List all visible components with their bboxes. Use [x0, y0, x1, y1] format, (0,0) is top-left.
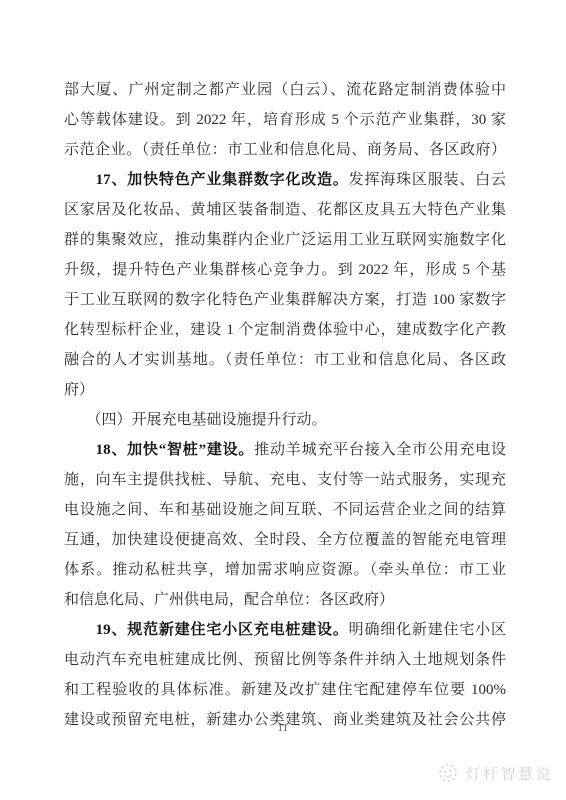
paragraph: 18、加快“智桩”建设。推动羊城充平台接入全市公用充电设施，向车主提供找桩、导航… [64, 435, 506, 615]
heading-run: 17、加快特色产业集群数字化改造。 [96, 172, 349, 188]
text-run [64, 442, 96, 458]
text-run: 心等载体建设。到 2022 年，培育形成 5 个示范产业集群，30 家 [64, 112, 506, 128]
text-line: 19、规范新建住宅小区充电桩建设。明确细化新建住宅小区 [64, 615, 506, 645]
text-line: 电设施之间、车和基础设施之间互联、不同运营企业之间的结算 [64, 495, 506, 525]
text-line: 融合的人才实训基地。（责任单位：市工业和信息化局、各区政 [64, 345, 506, 375]
text-line: 部大厦、广州定制之都产业园（白云）、流花路定制消费体验中 [64, 75, 506, 105]
text-line: 于工业互联网的数字化特色产业集群解决方案，打造 100 家数字 [64, 285, 506, 315]
text-line: （四）开展充电基础设施提升行动。 [64, 405, 506, 435]
text-run: 施，向车主提供找桩、导航、充电、支付等一站式服务，实现充 [64, 472, 506, 488]
paragraph: 部大厦、广州定制之都产业园（白云）、流花路定制消费体验中心等载体建设。到 202… [64, 75, 506, 165]
text-line: 施，向车主提供找桩、导航、充电、支付等一站式服务，实现充 [64, 465, 506, 495]
heading-run: 18、加快“智桩”建设。 [96, 442, 255, 458]
text-run: 电设施之间、车和基础设施之间互联、不同运营企业之间的结算 [64, 502, 506, 518]
text-run: 电动汽车充电桩建成比例、预留比例等条件并纳入土地规划条件 [64, 652, 506, 668]
text-run: 和工程验收的具体标准。新建及改扩建住宅配建停车位要 100% [64, 682, 506, 698]
text-line: 升级，提升特色产业集群核心竞争力。到 2022 年，形成 5 个基 [64, 255, 506, 285]
text-run: 融合的人才实训基地。（责任单位：市工业和信息化局、各区政 [64, 352, 506, 368]
text-line: 化转型标杆企业，建设 1 个定制消费体验中心，建成数字化产教 [64, 315, 506, 345]
text-run [64, 172, 96, 188]
text-line: 和工程验收的具体标准。新建及改扩建住宅配建停车位要 100% [64, 675, 506, 705]
text-line: 府） [64, 375, 506, 405]
paragraph: （四）开展充电基础设施提升行动。 [64, 405, 506, 435]
text-run [64, 622, 96, 638]
text-line: 和信息化局、广州供电局，配合单位：各区政府） [64, 585, 506, 615]
document-body: 部大厦、广州定制之都产业园（白云）、流花路定制消费体验中心等载体建设。到 202… [64, 75, 506, 735]
paragraph: 17、加快特色产业集群数字化改造。发挥海珠区服装、白云区家居及化妆品、黄埔区装备… [64, 165, 506, 405]
text-run: 示范企业。（责任单位：市工业和信息化局、商务局、各区政府） [64, 142, 506, 158]
watermark-label: 灯杆智慧说 [465, 763, 553, 784]
text-run: 发挥海珠区服装、白云 [349, 172, 506, 188]
text-line: 17、加快特色产业集群数字化改造。发挥海珠区服装、白云 [64, 165, 506, 195]
text-run: 群的集聚效应，推动集群内企业广泛运用工业互联网实施数字化 [64, 232, 506, 248]
text-run: 府） [64, 382, 94, 398]
text-run: 推动羊城充平台接入全市公用充电设 [254, 442, 506, 458]
text-run: （四）开展充电基础设施提升行动。 [64, 412, 327, 428]
heading-run: 19、规范新建住宅小区充电桩建设。 [96, 622, 349, 638]
page-number: 11 [0, 723, 566, 734]
text-run: 升级，提升特色产业集群核心竞争力。到 2022 年，形成 5 个基 [64, 262, 506, 278]
text-run: 明确细化新建住宅小区 [349, 622, 506, 638]
text-line: 体系。推动私桩共享，增加需求响应资源。（牵头单位：市工业 [64, 555, 506, 585]
text-run: 部大厦、广州定制之都产业园（白云）、流花路定制消费体验中 [64, 82, 506, 98]
watermark-logo-icon [438, 763, 458, 783]
text-line: 互通，加快建设便捷高效、全时段、全方位覆盖的智能充电管理 [64, 525, 506, 555]
document-page: 部大厦、广州定制之都产业园（白云）、流花路定制消费体验中心等载体建设。到 202… [0, 0, 566, 800]
text-line: 心等载体建设。到 2022 年，培育形成 5 个示范产业集群，30 家 [64, 105, 506, 135]
text-line: 示范企业。（责任单位：市工业和信息化局、商务局、各区政府） [64, 135, 506, 165]
text-line: 群的集聚效应，推动集群内企业广泛运用工业互联网实施数字化 [64, 225, 506, 255]
paragraph: 19、规范新建住宅小区充电桩建设。明确细化新建住宅小区电动汽车充电桩建成比例、预… [64, 615, 506, 735]
text-run: 区家居及化妆品、黄埔区装备制造、花都区皮具五大特色产业集 [64, 202, 506, 218]
text-run: 体系。推动私桩共享，增加需求响应资源。（牵头单位：市工业 [64, 562, 506, 578]
text-run: 和信息化局、广州供电局，配合单位：各区政府） [64, 592, 394, 608]
text-run: 互通，加快建设便捷高效、全时段、全方位覆盖的智能充电管理 [64, 532, 506, 548]
text-line: 18、加快“智桩”建设。推动羊城充平台接入全市公用充电设 [64, 435, 506, 465]
text-line: 电动汽车充电桩建成比例、预留比例等条件并纳入土地规划条件 [64, 645, 506, 675]
watermark: 灯杆智慧说 [438, 761, 553, 785]
text-line: 区家居及化妆品、黄埔区装备制造、花都区皮具五大特色产业集 [64, 195, 506, 225]
text-run: 化转型标杆企业，建设 1 个定制消费体验中心，建成数字化产教 [64, 322, 506, 338]
text-run: 于工业互联网的数字化特色产业集群解决方案，打造 100 家数字 [64, 292, 506, 308]
